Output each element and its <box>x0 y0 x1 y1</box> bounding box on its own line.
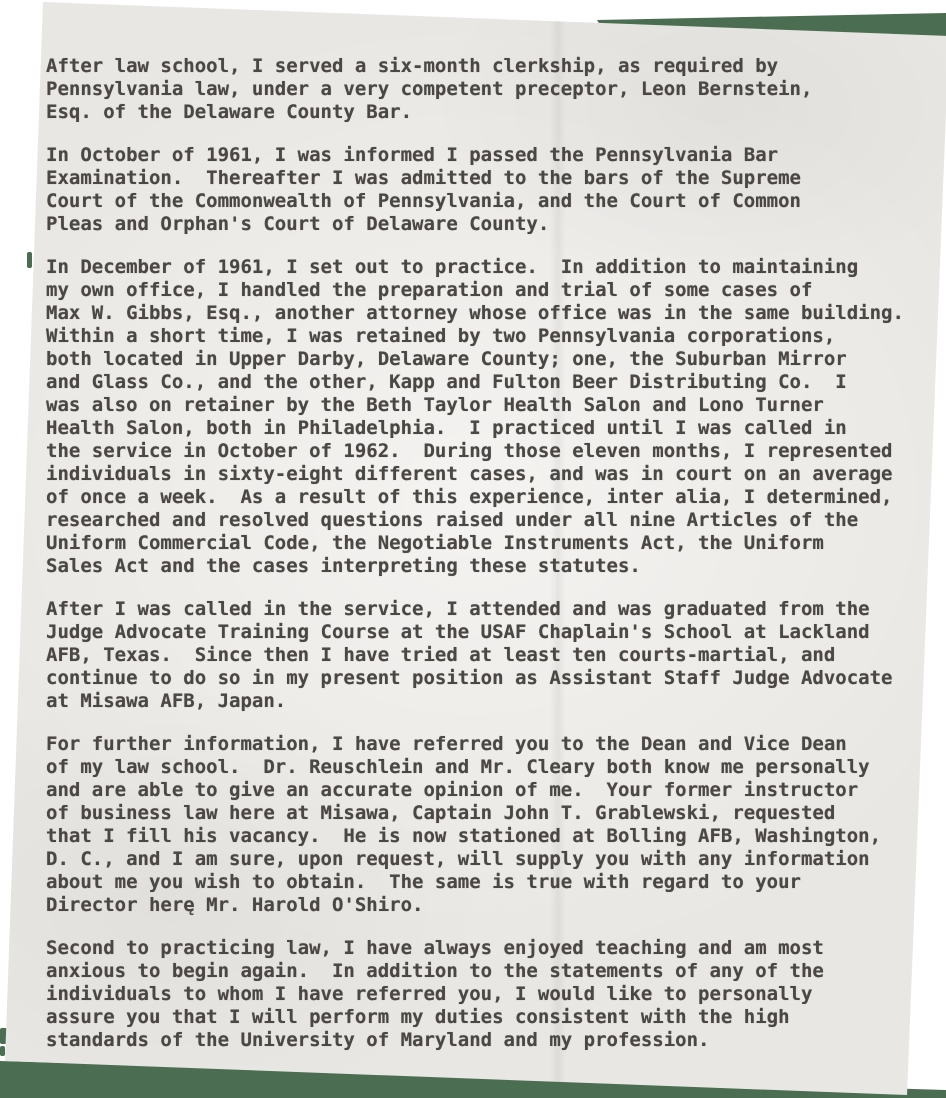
letter-line: the service in October of 1962. During t… <box>46 440 926 463</box>
letter-line: standards of the University of Maryland … <box>46 1029 926 1052</box>
letter-line: that I fill his vacancy. He is now stati… <box>46 825 926 848</box>
letter-line: at Misawa AFB, Japan. <box>46 690 926 713</box>
paragraph-6: Second to practicing law, I have always … <box>46 937 926 1052</box>
letter-line: Pleas and Orphan's Court of Delaware Cou… <box>46 213 926 236</box>
letter-line: assure you that I will perform my duties… <box>46 1006 926 1029</box>
letter-line: Esq. of the Delaware County Bar. <box>46 101 926 124</box>
letter-line: and are able to give an accurate opinion… <box>46 779 926 802</box>
scan-artifact-fleck <box>27 252 32 268</box>
letter-line: and Glass Co., and the other, Kapp and F… <box>46 371 926 394</box>
letter-line: anxious to begin again. In addition to t… <box>46 960 926 983</box>
letter-line: After law school, I served a six-month c… <box>46 55 926 78</box>
letter-line: Examination. Thereafter I was admitted t… <box>46 167 926 190</box>
letter-line: about me you wish to obtain. The same is… <box>46 871 926 894</box>
letter-line: Court of the Commonwealth of Pennsylvani… <box>46 190 926 213</box>
paragraph-2: In October of 1961, I was informed I pas… <box>46 144 926 236</box>
letter-line: individuals in sixty-eight different cas… <box>46 463 926 486</box>
letter-line: of once a week. As a result of this expe… <box>46 486 926 509</box>
letter-line: my own office, I handled the preparation… <box>46 279 926 302</box>
letter-line: Director herę Mr. Harold O'Shiro. <box>46 894 926 917</box>
scan-artifact-fleck <box>0 1046 5 1056</box>
letter-line: Within a short time, I was retained by t… <box>46 325 926 348</box>
letter-line: Pennsylvania law, under a very competent… <box>46 78 926 101</box>
scanned-letter: After law school, I served a six-month c… <box>0 0 946 1098</box>
letter-line: In December of 1961, I set out to practi… <box>46 256 926 279</box>
letter-line: of business law here at Misawa, Captain … <box>46 802 926 825</box>
letter-line: both located in Upper Darby, Delaware Co… <box>46 348 926 371</box>
paragraph-3: In December of 1961, I set out to practi… <box>46 256 926 578</box>
letter-line: After I was called in the service, I att… <box>46 598 926 621</box>
paragraph-4: After I was called in the service, I att… <box>46 598 926 713</box>
letter-line: was also on retainer by the Beth Taylor … <box>46 394 926 417</box>
letter-line: Max W. Gibbs, Esq., another attorney who… <box>46 302 926 325</box>
letter-line: AFB, Texas. Since then I have tried at l… <box>46 644 926 667</box>
paragraph-5: For further information, I have referred… <box>46 733 926 917</box>
letter-line: Health Salon, both in Philadelphia. I pr… <box>46 417 926 440</box>
letter-line: In October of 1961, I was informed I pas… <box>46 144 926 167</box>
letter-paper: After law school, I served a six-month c… <box>0 0 946 1098</box>
letter-line: For further information, I have referred… <box>46 733 926 756</box>
letter-body-text: After law school, I served a six-month c… <box>46 55 926 1072</box>
letter-line: continue to do so in my present position… <box>46 667 926 690</box>
letter-line: Second to practicing law, I have always … <box>46 937 926 960</box>
paragraph-1: After law school, I served a six-month c… <box>46 55 926 124</box>
letter-line: of my law school. Dr. Reuschlein and Mr.… <box>46 756 926 779</box>
letter-line: Judge Advocate Training Course at the US… <box>46 621 926 644</box>
letter-line: individuals to whom I have referred you,… <box>46 983 926 1006</box>
letter-line: D. C., and I am sure, upon request, will… <box>46 848 926 871</box>
letter-line: researched and resolved questions raised… <box>46 509 926 532</box>
letter-line: Uniform Commercial Code, the Negotiable … <box>46 532 926 555</box>
letter-line: Sales Act and the cases interpreting the… <box>46 555 926 578</box>
